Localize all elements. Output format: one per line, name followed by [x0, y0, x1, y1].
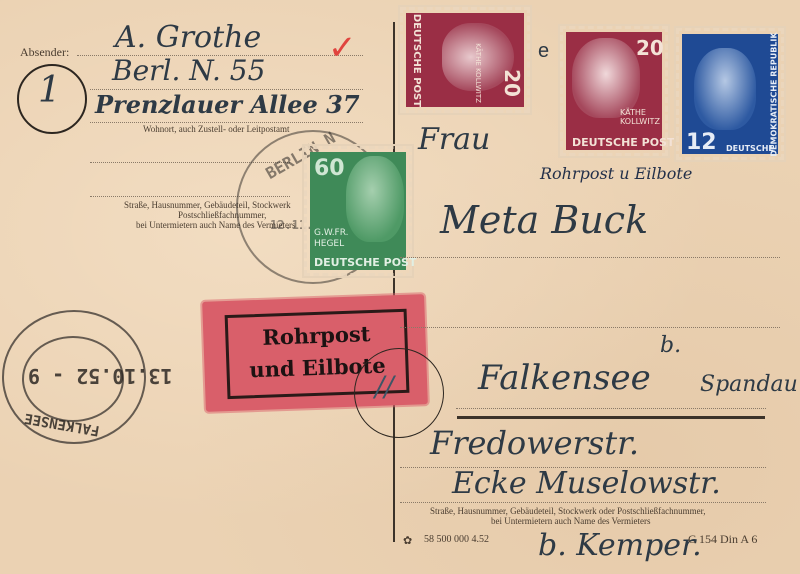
recipient-line-2 — [400, 327, 780, 328]
recipient-line-3 — [456, 408, 766, 409]
portrait-kollwitz — [572, 38, 640, 118]
stamp-kollwitz-r-denomination: 20 — [500, 69, 524, 97]
postmark-falkensee: 13.10.52 - 9 FALKENSEE — [2, 310, 146, 444]
recipient-caption-street-1: Straße, Hausnummer, Gebäudeteil, Stockwe… — [430, 506, 705, 516]
postcard: Absender: A. Grothe ✓ 1 Berl. N. 55 Pren… — [0, 0, 800, 574]
recipient-caption-street-2: bei Untermietern auch Name des Vermieter… — [491, 516, 651, 526]
stamp-hegel-60: 60 G.W.FR. HEGEL DEUTSCHE POST — [304, 146, 412, 276]
imprint-print-code: 58 500 000 4.52 — [424, 534, 489, 545]
recipient-street: Fredowerstr. — [430, 424, 639, 462]
recipient-prefix: b. — [660, 333, 681, 358]
sender-name: A. Grothe — [115, 20, 261, 55]
divider-line — [393, 22, 395, 542]
recipient-town-underline — [457, 416, 765, 419]
recipient-district: Spandau — [700, 372, 798, 397]
sender-caption-residence: Wohnort, auch Zustell- oder Leitpostamt — [143, 124, 290, 134]
sender-line2: Berl. N. 55 — [112, 54, 265, 87]
stamp-ddr-denomination: 12 — [686, 130, 717, 155]
stamp-ddr-country-long: DEMOKRATISCHE REPUBLIK — [770, 32, 779, 156]
sender-line-3 — [90, 122, 363, 123]
imprint-emblem-icon: ✿ — [403, 534, 412, 547]
recipient-town: Falkensee — [478, 358, 651, 398]
portrait-pieck — [694, 48, 756, 130]
stamp-kollwitz-r-country: DEUTSCHE POST — [411, 14, 422, 107]
sender-red-mark: ✓ — [328, 28, 357, 68]
stamp-hegel-name-2: HEGEL — [314, 239, 344, 249]
printed-letter-e: e — [538, 40, 549, 63]
stamp-kollwitz-20-rotated: DEUTSCHE POST KÄTHE KOLLWITZ 20 — [400, 7, 530, 113]
sender-line3: Prenzlauer Allee 37 — [95, 90, 360, 119]
express-label-line1: Rohrpost — [228, 320, 405, 351]
stamp-kollwitz-denomination: 20 — [636, 36, 664, 60]
portrait-hegel — [346, 156, 404, 242]
stamp-hegel-denomination: 60 — [314, 156, 345, 181]
recipient-name: Meta Buck — [440, 198, 648, 242]
sender-label: Absender: — [20, 45, 69, 60]
stamp-ddr-country-short: DEUTSCHE — [726, 144, 774, 153]
express-circled-mark: // — [375, 370, 394, 403]
sender-circled-number: 1 — [38, 70, 61, 111]
stamp-kollwitz-20: 20 KÄTHE KOLLWITZ DEUTSCHE POST — [560, 26, 668, 156]
recipient-line-5 — [400, 502, 766, 503]
recipient-salutation: Frau — [418, 122, 490, 157]
stamp-kollwitz-name: KÄTHE KOLLWITZ — [620, 108, 666, 126]
stamp-ddr-12: 12 DEUTSCHE DEMOKRATISCHE REPUBLIK — [676, 28, 784, 160]
recipient-street2: Ecke Muselowstr. — [452, 466, 721, 501]
stamp-kollwitz-r-name: KÄTHE KOLLWITZ — [474, 43, 482, 103]
recipient-line-1 — [400, 257, 780, 258]
postmark-falkensee-date: 13.10.52 - 9 — [28, 364, 173, 388]
recipient-note: Rohrpost u Eilbote — [540, 164, 692, 183]
imprint-form-code: C 154 Din A 6 — [688, 532, 757, 547]
stamp-hegel-name-1: G.W.FR. — [314, 228, 349, 238]
stamp-kollwitz-country: DEUTSCHE POST — [572, 136, 674, 149]
recipient-care-of: b. Kemper. — [538, 528, 702, 563]
